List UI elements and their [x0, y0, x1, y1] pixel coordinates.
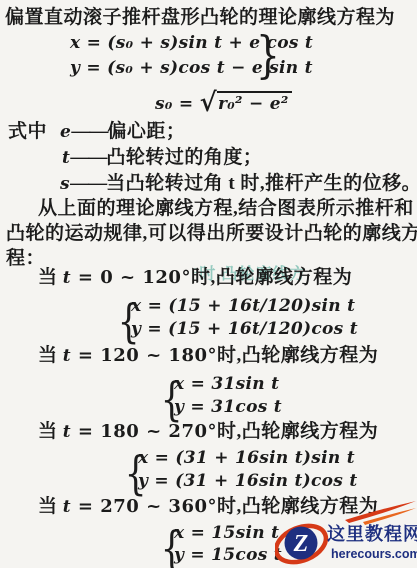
definition-text: 偏心距； [107, 121, 185, 142]
case-equation-y: y = (31 + 16sin t)cos t [138, 473, 358, 490]
case-post: 时,凸轮廓线方程为 [217, 345, 378, 366]
case-pre: 当 [38, 421, 63, 442]
definition-item: t——凸轮转过的角度； [62, 148, 262, 167]
s0-lhs: s₀ = [155, 94, 200, 114]
em-dash: —— [70, 147, 106, 168]
case-pre: 当 [38, 345, 63, 366]
case-equation-y: y = 15cos t [174, 547, 282, 564]
case-var: t [63, 422, 71, 442]
case-range: = 180 ~ 270° [71, 421, 217, 442]
case-range: = 270 ~ 360° [71, 496, 217, 517]
document-page: 偏置直动滚子推杆盘形凸轮的理论廓线方程为 x = (s₀ + s)sin t +… [0, 0, 417, 568]
paragraph-line: 程： [6, 249, 45, 268]
case-range: = 120 ~ 180° [71, 345, 217, 366]
definition-symbol: s [60, 174, 70, 194]
s0-radicand: r₀² − e² [217, 91, 292, 114]
definition-text: 当凸轮转过角 t 时,推杆产生的位移。 [106, 173, 417, 194]
logo-graphic: Z 这里教程网 herecours.com [275, 498, 417, 568]
case-pre: 当 [38, 496, 63, 517]
case-condition: 当 t = 120 ~ 180°时,凸轮廓线方程为 [38, 346, 378, 365]
case-equation-x: x = (31 + 16sin t)sin t [138, 450, 355, 467]
definition-item: s——当凸轮转过角 t 时,推杆产生的位移。 [60, 174, 417, 193]
s0-equation: s₀ = √r₀² − e² [155, 88, 292, 114]
case-pre: 当 [38, 267, 63, 288]
case-equation-y: y = (15 + 16t/120)cos t [131, 321, 358, 338]
definition-symbol: e [60, 122, 71, 142]
case-post: 时,凸轮廓线方程为 [191, 267, 352, 288]
paragraph-line: 从上面的理论廓线方程,结合图表所示推杆和 [38, 199, 414, 218]
case-range: = 0 ~ 120° [71, 267, 191, 288]
case-equation-x: x = 31sin t [174, 376, 279, 393]
case-var: t [63, 346, 71, 366]
case-var: t [63, 268, 71, 288]
title-line: 偏置直动滚子推杆盘形凸轮的理论廓线方程为 [5, 8, 395, 27]
case-equation-y: y = 31cos t [174, 399, 282, 416]
definition-text: 凸轮转过的角度； [106, 147, 262, 168]
case-equation-x: x = 15sin t [174, 525, 279, 542]
case-var: t [63, 497, 71, 517]
paragraph-line: 凸轮的运动规律,可以得出所要设计凸轮的廓线方 [6, 224, 417, 243]
right-brace: } [256, 26, 280, 84]
definitions-lead: 式中 [8, 122, 47, 141]
case-condition: 当 t = 180 ~ 270°时,凸轮廓线方程为 [38, 422, 378, 441]
em-dash: —— [70, 173, 106, 194]
case-condition: 当 t = 0 ~ 120°时,凸轮廓线方程为 [38, 268, 352, 287]
site-logo: Z 这里教程网 herecours.com [275, 498, 417, 568]
case-equation-x: x = (15 + 16t/120)sin t [131, 298, 355, 315]
site-url: herecours.com [331, 547, 417, 561]
em-dash: —— [71, 121, 107, 142]
radical-sign: √ [200, 88, 217, 118]
logo-letter: Z [293, 531, 309, 557]
definition-item: e——偏心距； [60, 122, 185, 141]
case-post: 时,凸轮廓线方程为 [217, 421, 378, 442]
site-name: 这里教程网 [327, 523, 417, 544]
